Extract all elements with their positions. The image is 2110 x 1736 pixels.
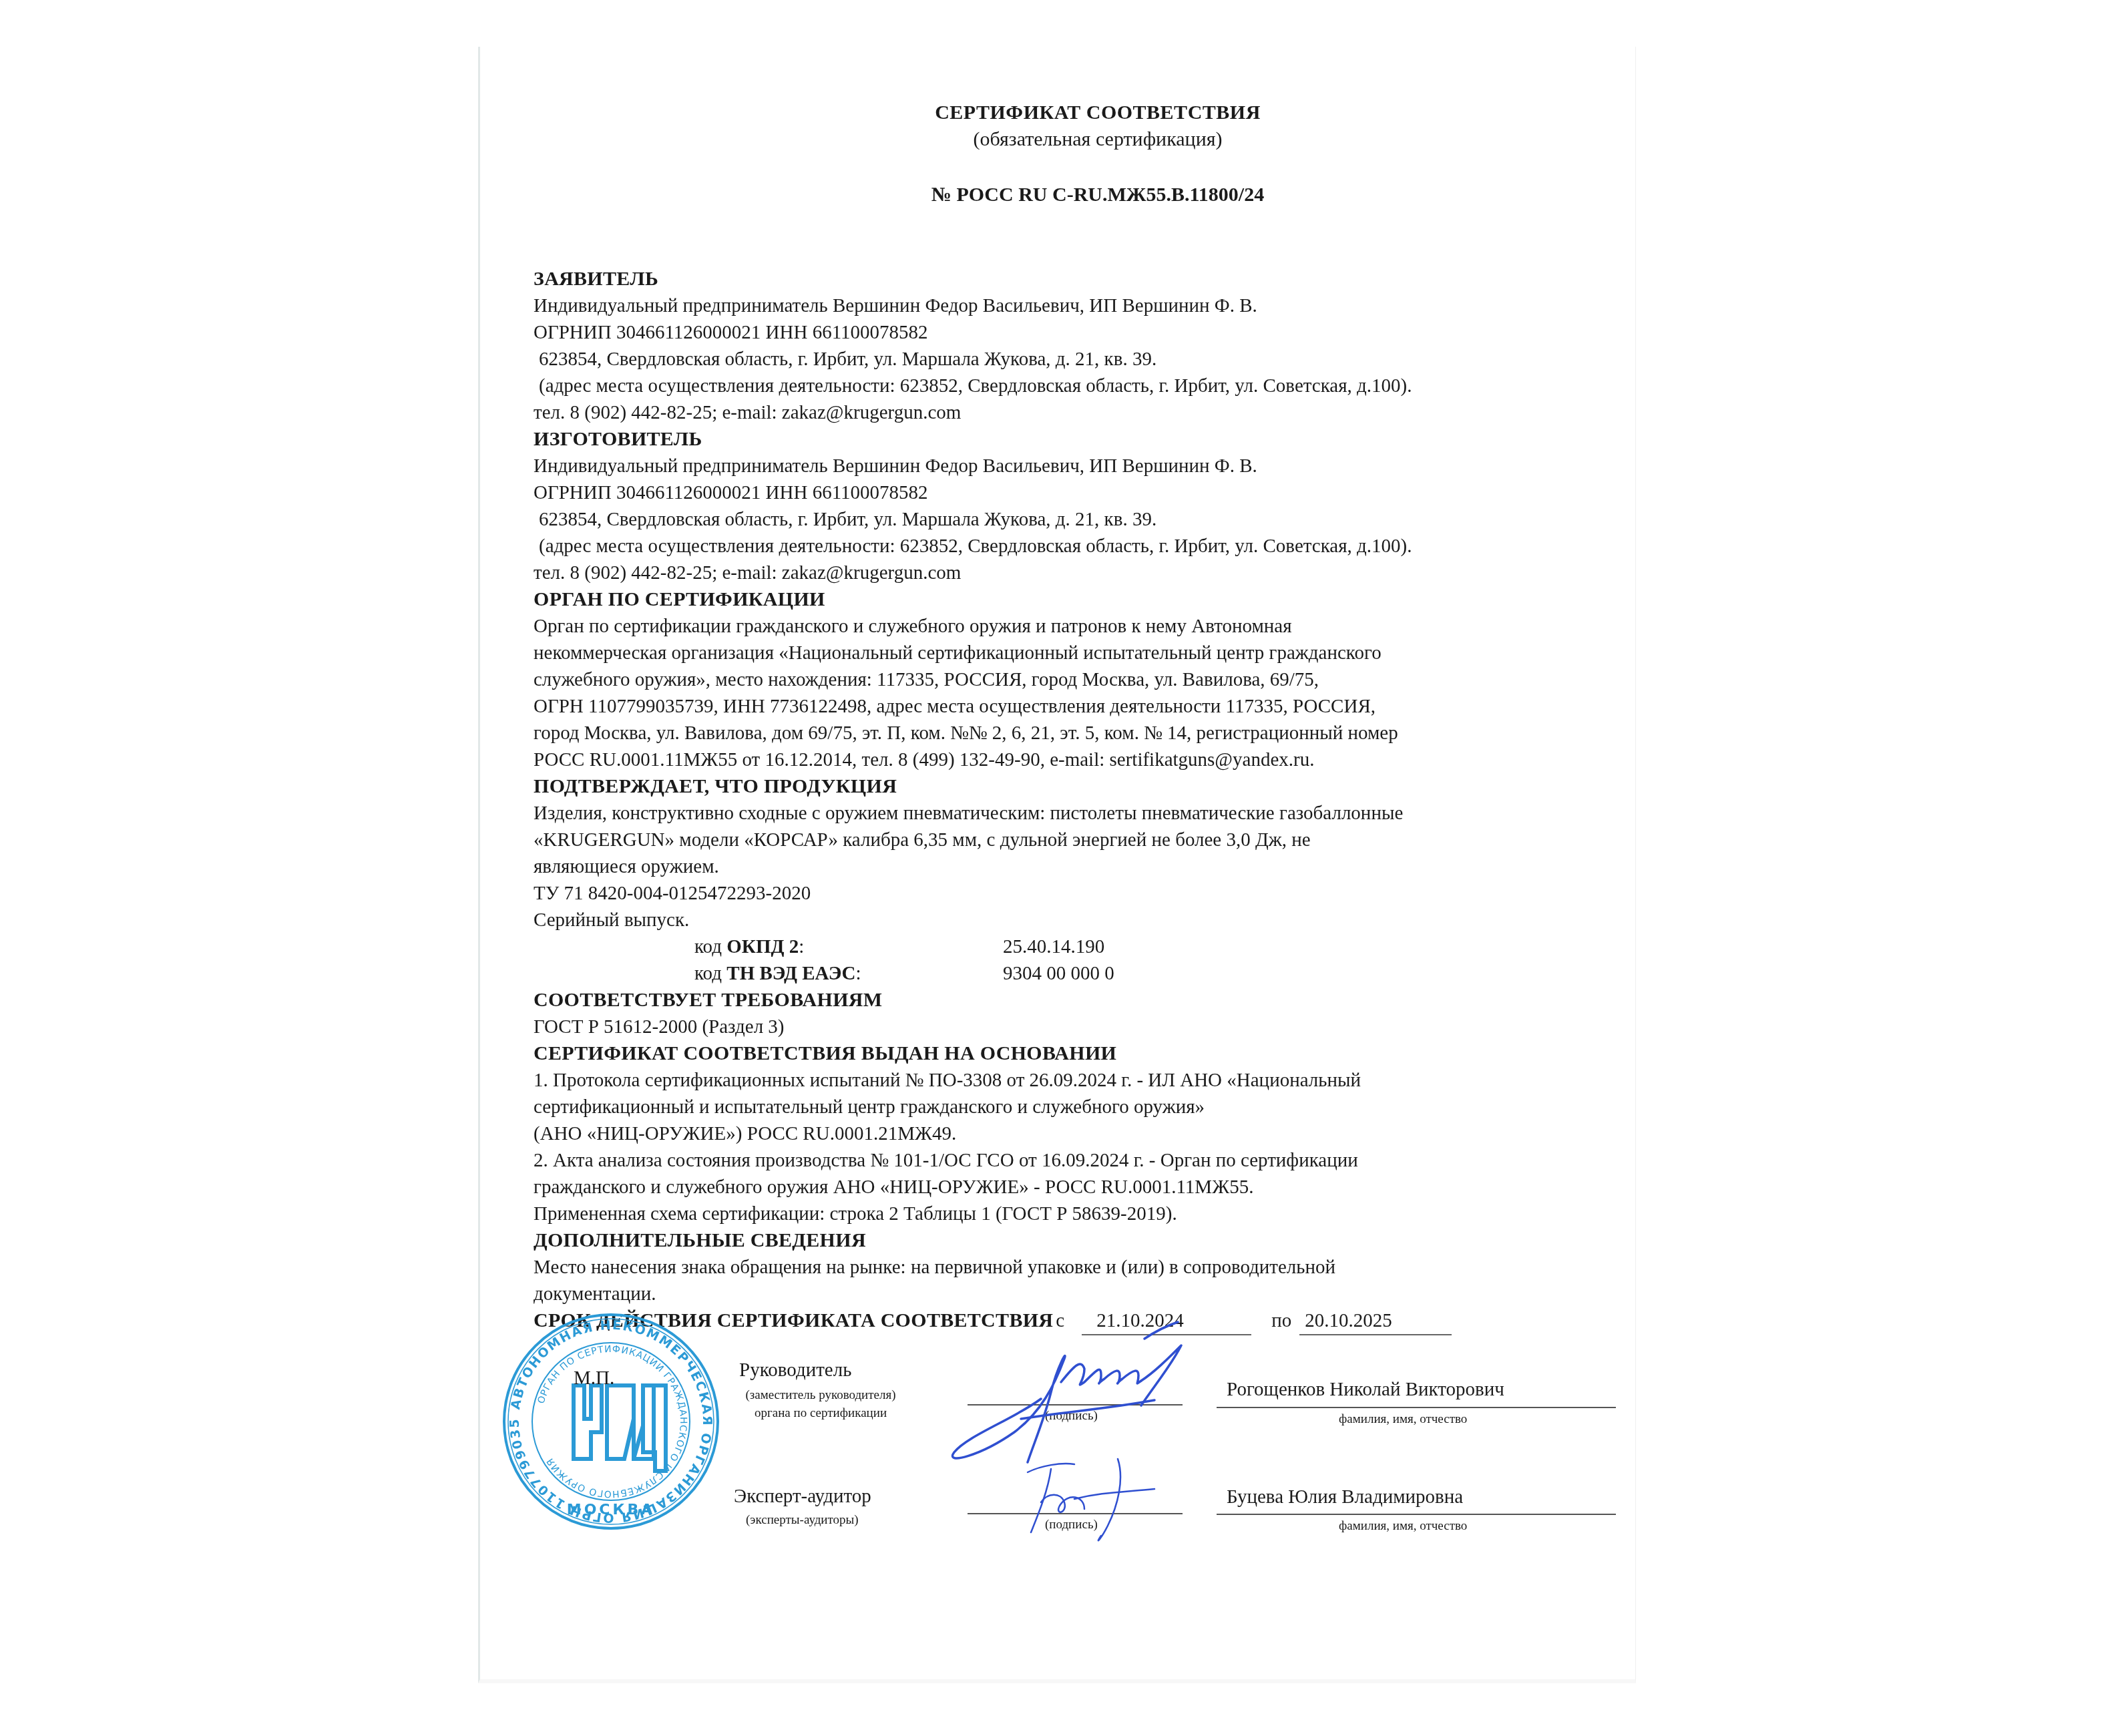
document-title: СЕРТИФИКАТ СООТВЕТСТВИЯ — [480, 101, 1635, 124]
applicant-line: тел. 8 (902) 442-82-25; e-mail: zakaz@kr… — [534, 399, 1615, 426]
certificate-page: СЕРТИФИКАТ СООТВЕТСТВИЯ (обязательная се… — [478, 47, 1636, 1683]
code-value: 25.40.14.190 — [1003, 933, 1104, 960]
cert-body-line: Орган по сертификации гражданского и слу… — [534, 613, 1615, 640]
head-role-sub-1: (заместитель руководителя) — [720, 1386, 921, 1404]
expert-name-line — [1217, 1514, 1616, 1515]
requirement-line: ГОСТ Р 51612-2000 (Раздел 3) — [534, 1014, 1615, 1040]
svg-text:МОСКВА: МОСКВА — [567, 1502, 656, 1518]
product-line: являющиеся оружием. — [534, 853, 1615, 880]
manufacturer-line: тел. 8 (902) 442-82-25; e-mail: zakaz@kr… — [534, 560, 1615, 586]
section-heading: ЗАЯВИТЕЛЬ — [534, 266, 1615, 292]
cert-body-line: РОСС RU.0001.11МЖ55 от 16.12.2014, тел. … — [534, 746, 1615, 773]
product-line: ТУ 71 8420-004-0125472293-2020 — [534, 880, 1615, 907]
expert-signature-icon — [1001, 1452, 1175, 1546]
code-value: 9304 00 000 0 — [1003, 960, 1114, 987]
section-heading: СООТВЕТСТВУЕТ ТРЕБОВАНИЯМ — [534, 987, 1615, 1014]
manufacturer-line: Индивидуальный предприниматель Вершинин … — [534, 453, 1615, 479]
section-heading: ОРГАН ПО СЕРТИФИКАЦИИ — [534, 586, 1615, 613]
section-heading: СЕРТИФИКАТ СООТВЕТСТВИЯ ВЫДАН НА ОСНОВАН… — [534, 1040, 1615, 1067]
cert-body-line: некоммерческая организация «Национальный… — [534, 640, 1615, 666]
code-suffix: : — [799, 936, 804, 957]
head-signature-icon — [941, 1319, 1221, 1472]
code-suffix: : — [855, 963, 861, 984]
manufacturer-line: ОГРНИП 304661126000021 ИНН 661100078582 — [534, 479, 1615, 506]
official-seal-icon: АВТОНОМНАЯ НЕКОММЕРЧЕСКАЯ ОРГАНИЗАЦИЯ ОГ… — [500, 1311, 722, 1532]
product-line: Изделия, конструктивно сходные с оружием… — [534, 800, 1615, 827]
section-heading: ПОДТВЕРЖДАЕТ, ЧТО ПРОДУКЦИЯ — [534, 773, 1615, 800]
certificate-number: № РОСС RU C-RU.МЖ55.В.11800/24 — [480, 184, 1635, 206]
cert-body-line: ОГРН 1107799035739, ИНН 7736122498, адре… — [534, 693, 1615, 720]
expert-name: Буцева Юлия Владимировна — [1227, 1486, 1463, 1508]
applicant-line: 623854, Свердловская область, г. Ирбит, … — [534, 346, 1615, 373]
product-section: ПОДТВЕРЖДАЕТ, ЧТО ПРОДУКЦИЯ Изделия, кон… — [534, 773, 1615, 987]
manufacturer-line: (адрес места осуществления деятельности:… — [534, 533, 1615, 560]
cert-body-line: служебного оружия», место нахождения: 11… — [534, 666, 1615, 693]
manufacturer-section: ИЗГОТОВИТЕЛЬ Индивидуальный предпринимат… — [534, 426, 1615, 586]
basis-line: 2. Акта анализа состояния производства №… — [534, 1147, 1615, 1174]
product-line: «KRUGERGUN» модели «КОРСАР» калибра 6,35… — [534, 827, 1615, 853]
basis-line: (АНО «НИЦ-ОРУЖИЕ») РОСС RU.0001.21МЖ49. — [534, 1120, 1615, 1147]
expert-role-sub: (эксперты-аудиторы) — [746, 1513, 859, 1528]
head-role-sub: (заместитель руководителя) органа по сер… — [720, 1386, 921, 1422]
additional-line: Место нанесения знака обращения на рынке… — [534, 1254, 1615, 1281]
basis-section: СЕРТИФИКАТ СООТВЕТСТВИЯ ВЫДАН НА ОСНОВАН… — [534, 1040, 1615, 1227]
cert-body-line: город Москва, ул. Вавилова, дом 69/75, э… — [534, 720, 1615, 746]
requirements-section: СООТВЕТСТВУЕТ ТРЕБОВАНИЯМ ГОСТ Р 51612-2… — [534, 987, 1615, 1040]
validity-to-label: по — [1271, 1307, 1291, 1334]
head-name: Рогощенков Николай Викторович — [1227, 1379, 1504, 1401]
validity-to-date: 20.10.2025 — [1299, 1307, 1452, 1335]
applicant-line: (адрес места осуществления деятельности:… — [534, 373, 1615, 399]
applicant-line: Индивидуальный предприниматель Вершинин … — [534, 292, 1615, 319]
head-name-line — [1217, 1407, 1616, 1408]
head-name-caption: фамилия, имя, отчество — [1339, 1412, 1467, 1427]
product-line: Серийный выпуск. — [534, 907, 1615, 933]
code-prefix: код — [694, 936, 722, 957]
basis-line: гражданского и служебного оружия АНО «НИ… — [534, 1174, 1615, 1201]
applicant-section: ЗАЯВИТЕЛЬ Индивидуальный предприниматель… — [534, 266, 1615, 426]
applicant-line: ОГРНИП 304661126000021 ИНН 661100078582 — [534, 319, 1615, 346]
head-role: Руководитель — [739, 1359, 851, 1381]
manufacturer-line: 623854, Свердловская область, г. Ирбит, … — [534, 506, 1615, 533]
certification-body-section: ОРГАН ПО СЕРТИФИКАЦИИ Орган по сертифика… — [534, 586, 1615, 773]
code-label: ТН ВЭД ЕАЭС — [726, 963, 855, 984]
basis-line: 1. Протокола сертификационных испытаний … — [534, 1067, 1615, 1094]
section-heading: ИЗГОТОВИТЕЛЬ — [534, 426, 1615, 453]
seal-place-label: М.П. — [574, 1367, 614, 1389]
code-label: ОКПД 2 — [726, 936, 799, 957]
section-heading: ДОПОЛНИТЕЛЬНЫЕ СВЕДЕНИЯ — [534, 1227, 1615, 1254]
head-role-sub-2: органа по сертификации — [720, 1404, 921, 1422]
additional-line: документации. — [534, 1281, 1615, 1307]
document-subtitle: (обязательная сертификация) — [480, 128, 1635, 151]
tnved-code-row: код ТН ВЭД ЕАЭС: 9304 00 000 0 — [534, 960, 1615, 987]
expert-role: Эксперт-аудитор — [734, 1486, 871, 1508]
okpd-code-row: код ОКПД 2: 25.40.14.190 — [534, 933, 1615, 960]
basis-line: сертификационный и испытательный центр г… — [534, 1094, 1615, 1120]
code-prefix: код — [694, 963, 722, 984]
basis-line: Примененная схема сертификации: строка 2… — [534, 1201, 1615, 1227]
certificate-body: ЗАЯВИТЕЛЬ Индивидуальный предприниматель… — [534, 266, 1615, 1335]
expert-name-caption: фамилия, имя, отчество — [1339, 1519, 1467, 1534]
additional-section: ДОПОЛНИТЕЛЬНЫЕ СВЕДЕНИЯ Место нанесения … — [534, 1227, 1615, 1307]
